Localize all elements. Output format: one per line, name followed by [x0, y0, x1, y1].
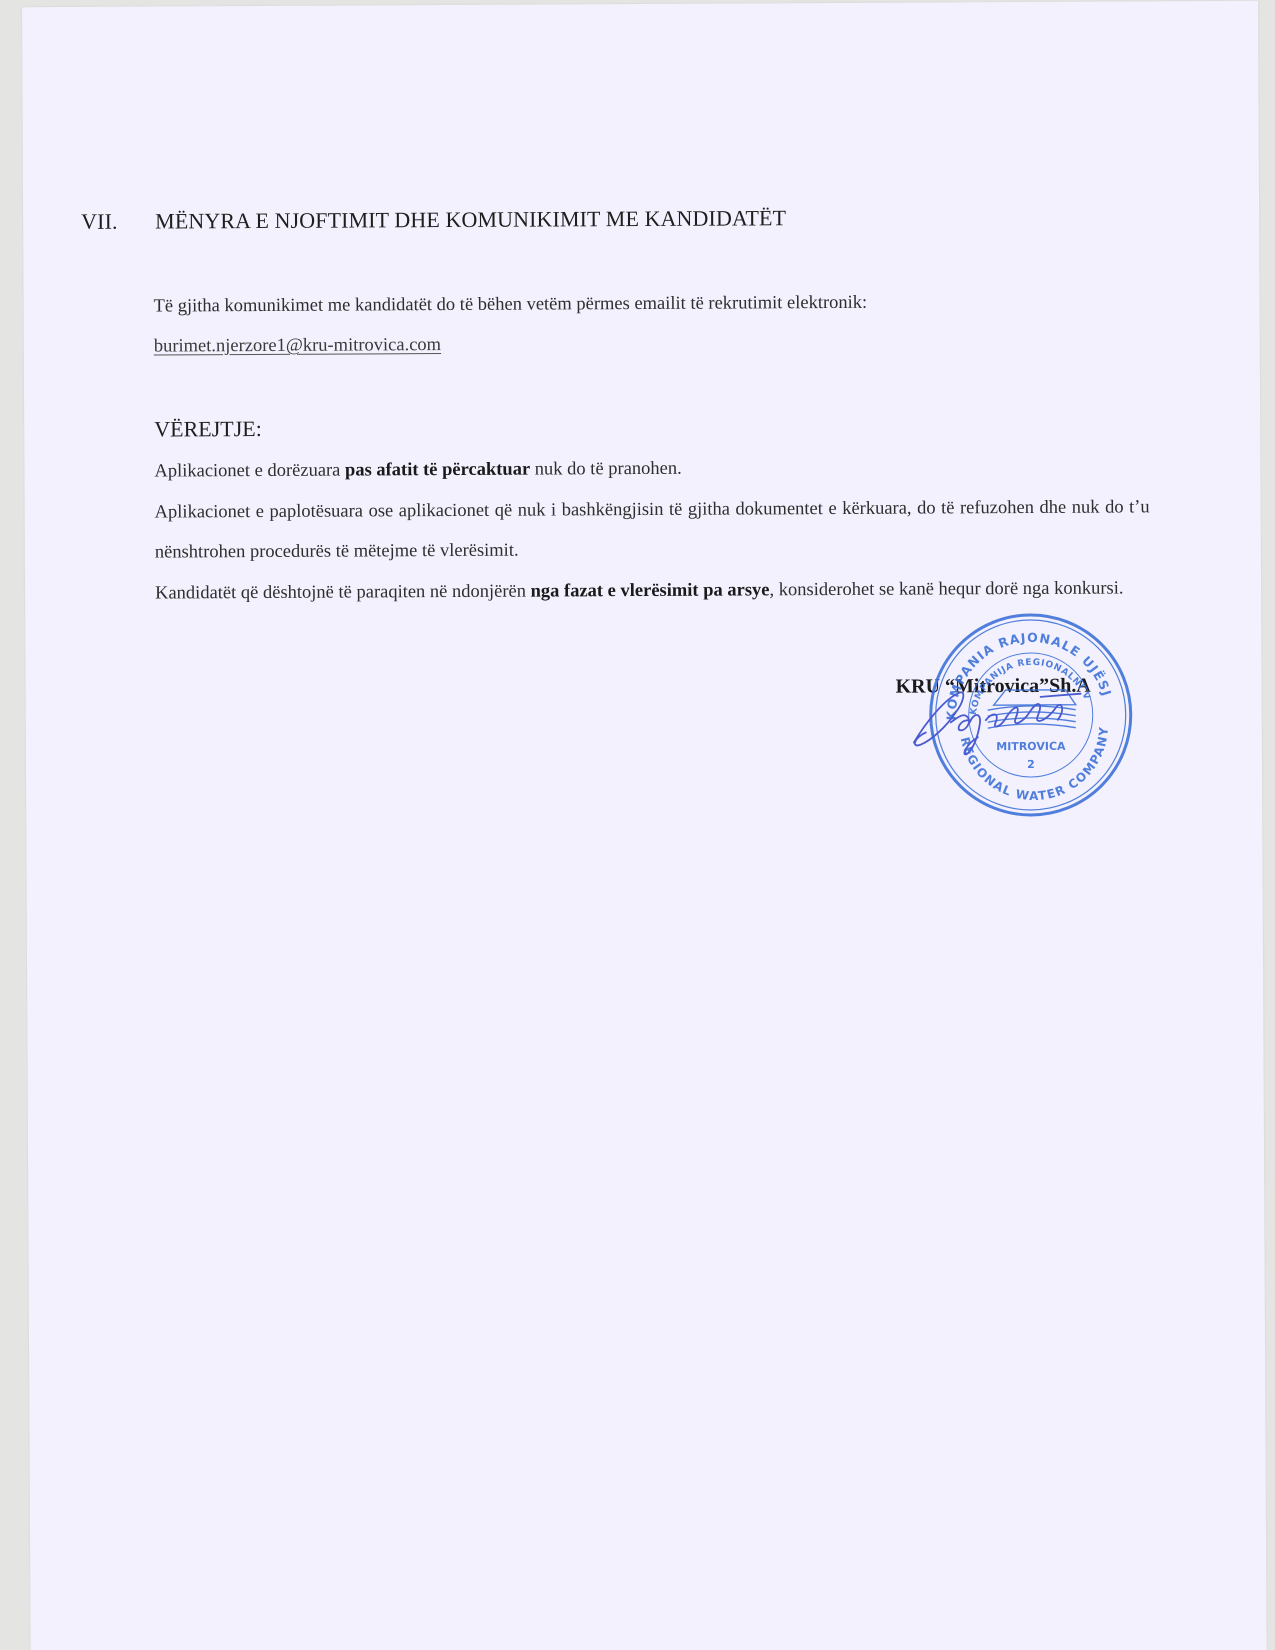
section-title: MËNYRA E NJOFTIMIT DHE KOMUNIKIMIT ME KA… — [155, 205, 786, 234]
notes-heading: VËREJTJE: — [154, 416, 262, 443]
notes-list: Aplikacionet e dorëzuara pas afatit të p… — [154, 446, 1150, 613]
note-item: Aplikacionet e dorëzuara pas afatit të p… — [154, 446, 1149, 492]
section-number: VII. — [81, 209, 155, 235]
recruitment-email-link[interactable]: burimet.njerzore1@kru-mitrovica.com — [154, 335, 441, 357]
section-heading: VII. MËNYRA E NJOFTIMIT DHE KOMUNIKIMIT … — [81, 205, 786, 235]
handwritten-signature-icon — [906, 682, 1096, 763]
note-emphasis: pas afatit të përcaktuar — [345, 460, 530, 481]
intro-text: Të gjitha komunikimet me kandidatët do t… — [154, 293, 868, 317]
note-item: Kandidatët që dështojnë të paraqiten në … — [155, 568, 1150, 614]
intro-paragraph: Të gjitha komunikimet me kandidatët do t… — [153, 281, 1148, 366]
document-page: VII. MËNYRA E NJOFTIMIT DHE KOMUNIKIMIT … — [22, 1, 1267, 1650]
note-emphasis: nga fazat e vlerësimit pa arsye — [531, 580, 770, 601]
note-item: Aplikacionet e paplotësuara ose aplikaci… — [155, 487, 1150, 573]
